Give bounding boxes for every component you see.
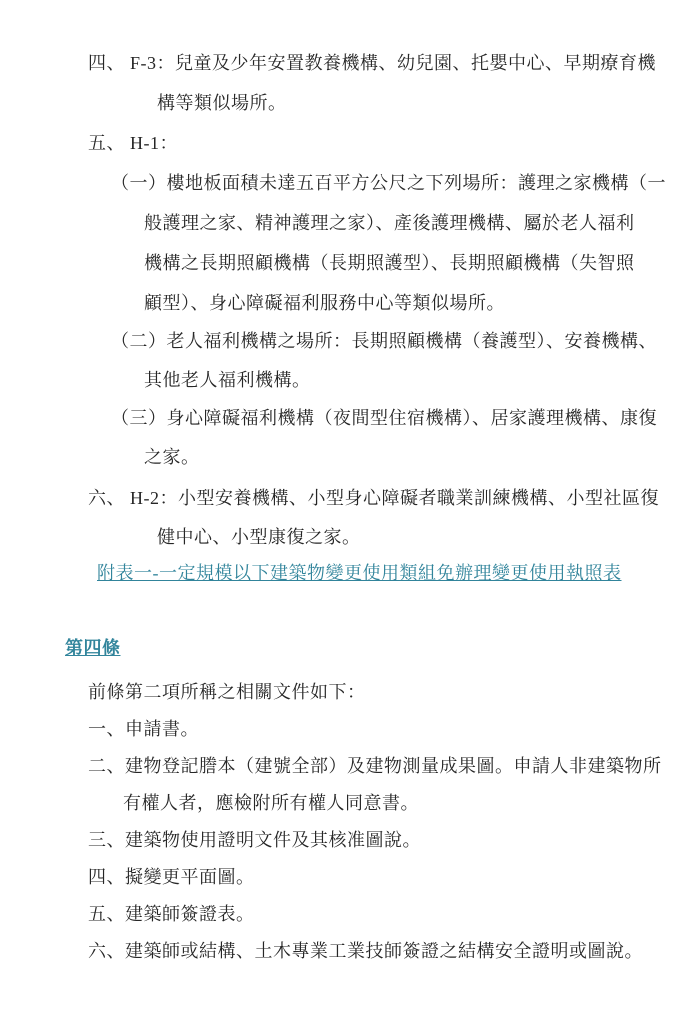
- article-4-heading-link[interactable]: 第四條: [65, 637, 121, 659]
- doc-item-three-line-1: 三、建築物使用證明文件及其核准圖說。: [88, 829, 421, 851]
- subitem-three-line-2: 之家。: [144, 446, 200, 468]
- doc-item-five-line-1: 五、建築師簽證表。: [88, 903, 255, 925]
- item-six-line-1: 六、 H-2：小型安養機構、小型身心障礙者職業訓練機構、小型社區復: [88, 487, 659, 509]
- subitem-two-line-2: 其他老人福利機構。: [144, 369, 311, 391]
- document-page: 四、 F-3：兒童及少年安置教養機構、幼兒園、托嬰中心、早期療育機 構等類似場所…: [0, 0, 696, 1024]
- attachment-table-link[interactable]: 附表一-一定規模以下建築物變更使用類組免辦理變更使用執照表: [97, 562, 622, 584]
- item-six-line-2: 健中心、小型康復之家。: [157, 526, 361, 548]
- item-four-line-2: 構等類似場所。: [157, 92, 287, 114]
- doc-item-two-line-1: 二、建物登記謄本（建號全部）及建物測量成果圖。申請人非建築物所: [88, 755, 662, 777]
- article-4-intro: 前條第二項所稱之相關文件如下：: [88, 681, 366, 703]
- subitem-one-line-4: 顧型）、身心障礙福利服務中心等類似場所。: [144, 292, 505, 314]
- item-five-line-1: 五、 H-1：: [88, 132, 178, 154]
- doc-item-one-line-1: 一、申請書。: [88, 718, 199, 740]
- subitem-one-line-1: （一）樓地板面積未達五百平方公尺之下列場所：護理之家機構（一: [111, 172, 666, 194]
- subitem-three-line-1: （三）身心障礙福利機構（夜間型住宿機構）、居家護理機構、康復: [111, 407, 657, 429]
- doc-item-four-line-1: 四、擬變更平面圖。: [88, 866, 255, 888]
- item-four-line-1: 四、 F-3：兒童及少年安置教養機構、幼兒園、托嬰中心、早期療育機: [88, 52, 656, 74]
- doc-item-two-line-2: 有權人者，應檢附所有權人同意書。: [123, 792, 419, 814]
- subitem-two-line-1: （二）老人福利機構之場所：長期照顧機構（養護型）、安養機構、: [111, 330, 657, 352]
- doc-item-six-line-1: 六、建築師或結構、土木專業工業技師簽證之結構安全證明或圖說。: [88, 940, 643, 962]
- subitem-one-line-3: 機構之長期照顧機構（長期照護型）、長期照顧機構（失智照: [144, 252, 635, 274]
- subitem-one-line-2: 般護理之家、精神護理之家）、產後護理機構、屬於老人福利: [144, 212, 635, 234]
